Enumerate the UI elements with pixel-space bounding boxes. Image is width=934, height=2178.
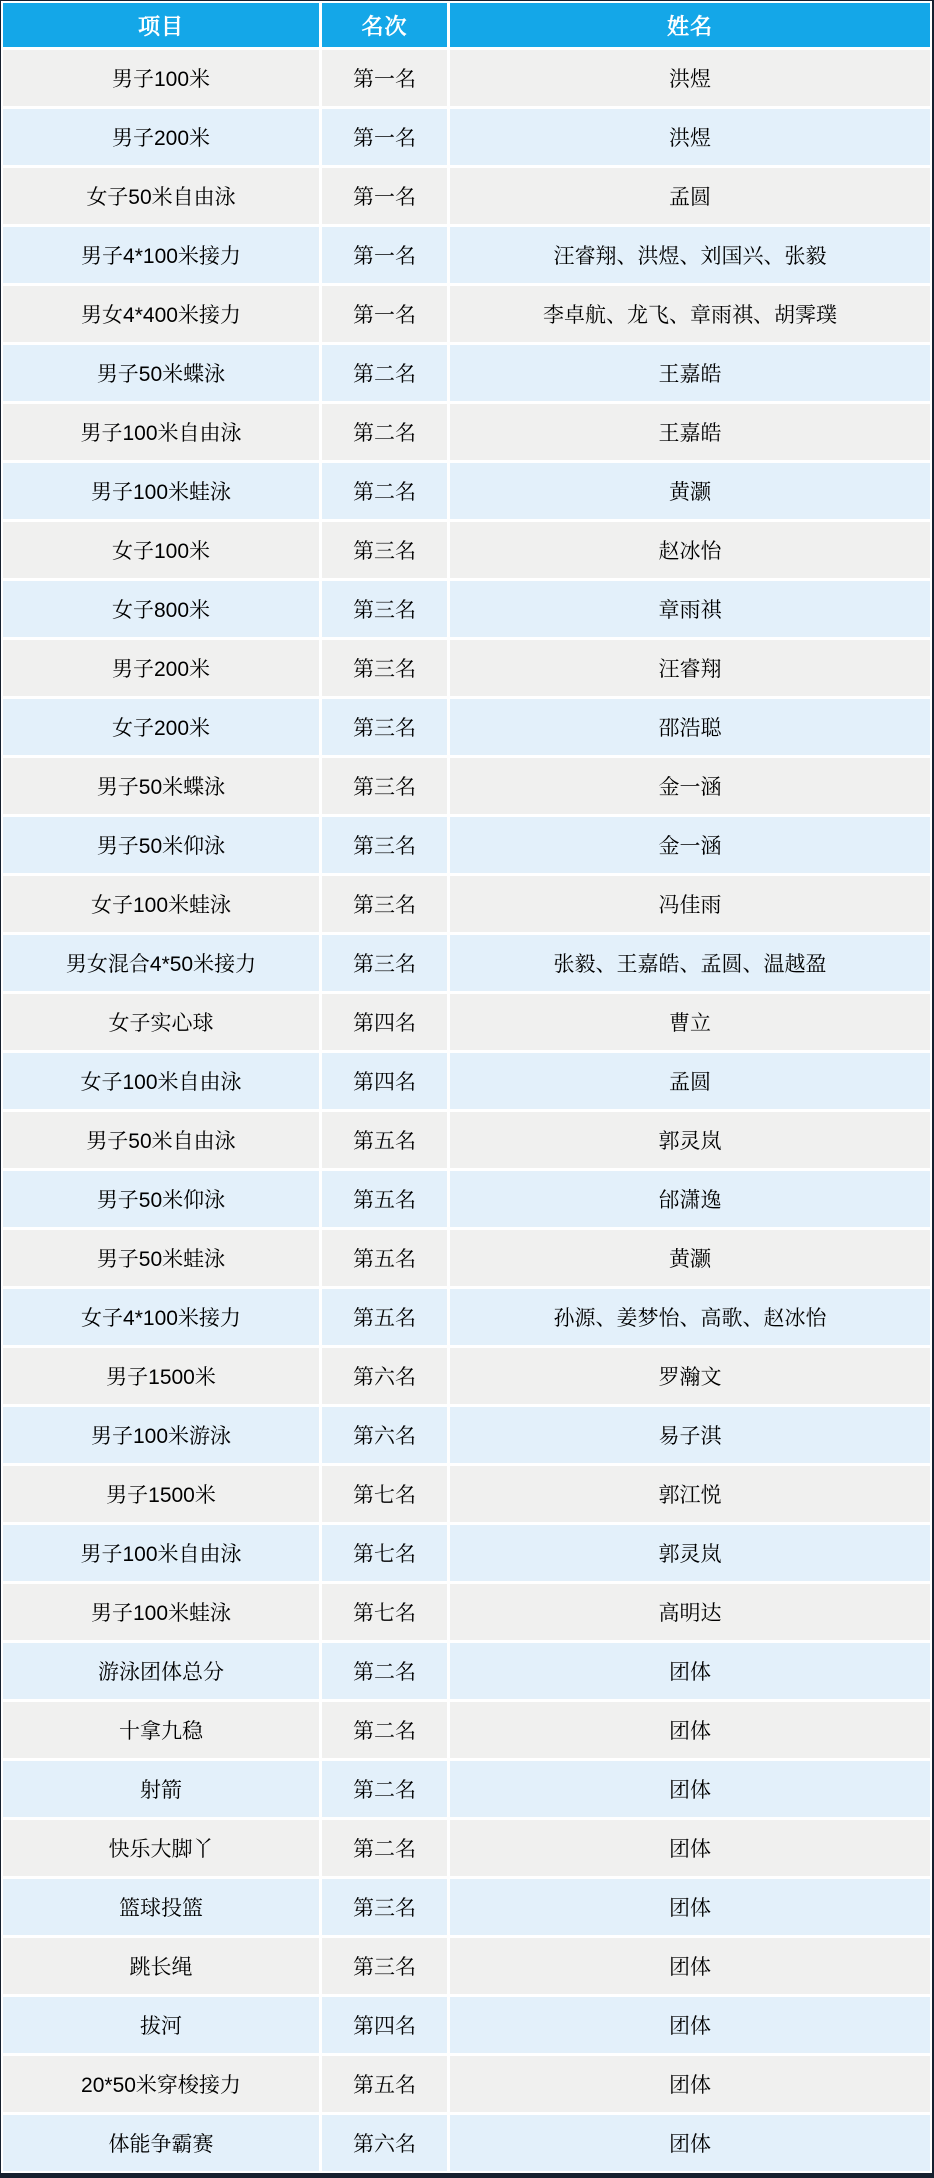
table-row: 跳长绳 第三名 团体 — [3, 1938, 930, 1994]
table-row: 男子200米 第一名 洪煜 — [3, 109, 930, 165]
name-cell: 章雨祺 — [450, 581, 930, 637]
project-cell: 男子1500米 — [3, 1348, 319, 1404]
project-cell: 女子100米蛙泳 — [3, 876, 319, 932]
table-row: 快乐大脚丫 第二名 团体 — [3, 1820, 930, 1876]
name-cell: 罗瀚文 — [450, 1348, 930, 1404]
table-row: 拔河 第四名 团体 — [3, 1997, 930, 2053]
project-cell: 男子50米仰泳 — [3, 1171, 319, 1227]
header-project: 项目 — [3, 3, 319, 47]
project-cell: 女子100米自由泳 — [3, 1053, 319, 1109]
name-cell: 洪煜 — [450, 109, 930, 165]
table-row: 男子100米游泳 第六名 易子淇 — [3, 1407, 930, 1463]
table-row: 男子50米自由泳 第五名 郭灵岚 — [3, 1112, 930, 1168]
table-row: 男子50米蝶泳 第二名 王嘉皓 — [3, 345, 930, 401]
project-cell: 男子1500米 — [3, 1466, 319, 1522]
project-cell: 女子4*100米接力 — [3, 1289, 319, 1345]
project-cell: 男子50米蛙泳 — [3, 1230, 319, 1286]
name-cell: 孟圆 — [450, 1053, 930, 1109]
header-rank: 名次 — [322, 3, 447, 47]
table-row: 男子100米蛙泳 第二名 黄灏 — [3, 463, 930, 519]
table-row: 男子100米自由泳 第二名 王嘉皓 — [3, 404, 930, 460]
project-cell: 男子200米 — [3, 640, 319, 696]
table-row: 女子50米自由泳 第一名 孟圆 — [3, 168, 930, 224]
rank-cell: 第四名 — [322, 1053, 447, 1109]
project-cell: 男子100米游泳 — [3, 1407, 319, 1463]
name-cell: 曹立 — [450, 994, 930, 1050]
project-cell: 男子4*100米接力 — [3, 227, 319, 283]
name-cell: 金一涵 — [450, 817, 930, 873]
rank-cell: 第五名 — [322, 2056, 447, 2112]
table-row: 十拿九稳 第二名 团体 — [3, 1702, 930, 1758]
project-cell: 男子200米 — [3, 109, 319, 165]
project-cell: 十拿九稳 — [3, 1702, 319, 1758]
name-cell: 团体 — [450, 1820, 930, 1876]
table-row: 篮球投篮 第三名 团体 — [3, 1879, 930, 1935]
name-cell: 团体 — [450, 1997, 930, 2053]
table-row: 女子200米 第三名 邵浩聪 — [3, 699, 930, 755]
project-cell: 男子50米仰泳 — [3, 817, 319, 873]
rank-cell: 第四名 — [322, 994, 447, 1050]
project-cell: 男女混合4*50米接力 — [3, 935, 319, 991]
rank-cell: 第一名 — [322, 286, 447, 342]
rank-cell: 第一名 — [322, 50, 447, 106]
project-cell: 男子100米自由泳 — [3, 404, 319, 460]
project-cell: 男子50米自由泳 — [3, 1112, 319, 1168]
project-cell: 快乐大脚丫 — [3, 1820, 319, 1876]
project-cell: 跳长绳 — [3, 1938, 319, 1994]
project-cell: 男子100米自由泳 — [3, 1525, 319, 1581]
name-cell: 金一涵 — [450, 758, 930, 814]
name-cell: 赵冰怡 — [450, 522, 930, 578]
name-cell: 王嘉皓 — [450, 404, 930, 460]
rank-cell: 第三名 — [322, 876, 447, 932]
rank-cell: 第三名 — [322, 581, 447, 637]
rank-cell: 第七名 — [322, 1584, 447, 1640]
table-row: 女子800米 第三名 章雨祺 — [3, 581, 930, 637]
table-row: 20*50米穿梭接力 第五名 团体 — [3, 2056, 930, 2112]
rank-cell: 第三名 — [322, 758, 447, 814]
project-cell: 游泳团体总分 — [3, 1643, 319, 1699]
table-row: 女子100米蛙泳 第三名 冯佳雨 — [3, 876, 930, 932]
rank-cell: 第二名 — [322, 404, 447, 460]
name-cell: 王嘉皓 — [450, 345, 930, 401]
name-cell: 团体 — [450, 1879, 930, 1935]
name-cell: 团体 — [450, 2115, 930, 2171]
name-cell: 邰潇逸 — [450, 1171, 930, 1227]
project-cell: 体能争霸赛 — [3, 2115, 319, 2171]
project-cell: 女子800米 — [3, 581, 319, 637]
name-cell: 郭江悦 — [450, 1466, 930, 1522]
name-cell: 冯佳雨 — [450, 876, 930, 932]
name-cell: 高明达 — [450, 1584, 930, 1640]
name-cell: 黄灏 — [450, 1230, 930, 1286]
name-cell: 汪睿翔、洪煜、刘国兴、张毅 — [450, 227, 930, 283]
project-cell: 20*50米穿梭接力 — [3, 2056, 319, 2112]
project-cell: 女子100米 — [3, 522, 319, 578]
rank-cell: 第六名 — [322, 1407, 447, 1463]
results-table: 项目 名次 姓名 男子100米 第一名 洪煜 男子200米 第一名 洪煜 女子5… — [0, 0, 934, 2178]
table-row: 女子实心球 第四名 曹立 — [3, 994, 930, 1050]
rank-cell: 第二名 — [322, 1643, 447, 1699]
table-row: 男女4*400米接力 第一名 李卓航、龙飞、章雨祺、胡霁璞 — [3, 286, 930, 342]
table-row: 游泳团体总分 第二名 团体 — [3, 1643, 930, 1699]
table-row: 男子100米蛙泳 第七名 高明达 — [3, 1584, 930, 1640]
name-cell: 黄灏 — [450, 463, 930, 519]
rank-cell: 第三名 — [322, 640, 447, 696]
rank-cell: 第二名 — [322, 463, 447, 519]
rank-cell: 第三名 — [322, 935, 447, 991]
header-name: 姓名 — [450, 3, 930, 47]
rank-cell: 第三名 — [322, 522, 447, 578]
name-cell: 郭灵岚 — [450, 1525, 930, 1581]
table-row: 男子4*100米接力 第一名 汪睿翔、洪煜、刘国兴、张毅 — [3, 227, 930, 283]
project-cell: 女子50米自由泳 — [3, 168, 319, 224]
name-cell: 团体 — [450, 1643, 930, 1699]
rank-cell: 第一名 — [322, 168, 447, 224]
rank-cell: 第六名 — [322, 2115, 447, 2171]
rank-cell: 第二名 — [322, 1702, 447, 1758]
name-cell: 团体 — [450, 1702, 930, 1758]
project-cell: 男子100米蛙泳 — [3, 1584, 319, 1640]
rank-cell: 第五名 — [322, 1289, 447, 1345]
rank-cell: 第六名 — [322, 1348, 447, 1404]
name-cell: 郭灵岚 — [450, 1112, 930, 1168]
rank-cell: 第五名 — [322, 1230, 447, 1286]
project-cell: 女子实心球 — [3, 994, 319, 1050]
rank-cell: 第五名 — [322, 1171, 447, 1227]
table-row: 男子1500米 第七名 郭江悦 — [3, 1466, 930, 1522]
rank-cell: 第一名 — [322, 109, 447, 165]
name-cell: 张毅、王嘉皓、孟圆、温越盈 — [450, 935, 930, 991]
name-cell: 汪睿翔 — [450, 640, 930, 696]
table-row: 男子50米仰泳 第三名 金一涵 — [3, 817, 930, 873]
rank-cell: 第四名 — [322, 1997, 447, 2053]
table-row: 男子100米 第一名 洪煜 — [3, 50, 930, 106]
name-cell: 团体 — [450, 1938, 930, 1994]
table-row: 射箭 第二名 团体 — [3, 1761, 930, 1817]
rank-cell: 第二名 — [322, 1820, 447, 1876]
project-cell: 拔河 — [3, 1997, 319, 2053]
table-row: 男女混合4*50米接力 第三名 张毅、王嘉皓、孟圆、温越盈 — [3, 935, 930, 991]
rank-cell: 第一名 — [322, 227, 447, 283]
project-cell: 射箭 — [3, 1761, 319, 1817]
project-cell: 男女4*400米接力 — [3, 286, 319, 342]
project-cell: 男子50米蝶泳 — [3, 345, 319, 401]
table-row: 体能争霸赛 第六名 团体 — [3, 2115, 930, 2171]
project-cell: 篮球投篮 — [3, 1879, 319, 1935]
table-row: 男子50米蛙泳 第五名 黄灏 — [3, 1230, 930, 1286]
project-cell: 男子100米 — [3, 50, 319, 106]
table-row: 女子100米自由泳 第四名 孟圆 — [3, 1053, 930, 1109]
table-row: 男子200米 第三名 汪睿翔 — [3, 640, 930, 696]
rank-cell: 第七名 — [322, 1525, 447, 1581]
table-row: 男子100米自由泳 第七名 郭灵岚 — [3, 1525, 930, 1581]
rank-cell: 第三名 — [322, 699, 447, 755]
project-cell: 女子200米 — [3, 699, 319, 755]
name-cell: 孟圆 — [450, 168, 930, 224]
table-row: 男子50米仰泳 第五名 邰潇逸 — [3, 1171, 930, 1227]
table-row: 男子50米蝶泳 第三名 金一涵 — [3, 758, 930, 814]
project-cell: 男子100米蛙泳 — [3, 463, 319, 519]
rank-cell: 第三名 — [322, 1879, 447, 1935]
rank-cell: 第三名 — [322, 817, 447, 873]
name-cell: 李卓航、龙飞、章雨祺、胡霁璞 — [450, 286, 930, 342]
table-row: 女子100米 第三名 赵冰怡 — [3, 522, 930, 578]
table-body: 男子100米 第一名 洪煜 男子200米 第一名 洪煜 女子50米自由泳 第一名… — [3, 50, 930, 2171]
rank-cell: 第三名 — [322, 1938, 447, 1994]
name-cell: 团体 — [450, 1761, 930, 1817]
table-header-row: 项目 名次 姓名 — [3, 3, 930, 47]
rank-cell: 第七名 — [322, 1466, 447, 1522]
project-cell: 男子50米蝶泳 — [3, 758, 319, 814]
table-row: 男子1500米 第六名 罗瀚文 — [3, 1348, 930, 1404]
table-row: 女子4*100米接力 第五名 孙源、姜梦怡、高歌、赵冰怡 — [3, 1289, 930, 1345]
name-cell: 易子淇 — [450, 1407, 930, 1463]
rank-cell: 第五名 — [322, 1112, 447, 1168]
name-cell: 邵浩聪 — [450, 699, 930, 755]
name-cell: 团体 — [450, 2056, 930, 2112]
rank-cell: 第二名 — [322, 345, 447, 401]
rank-cell: 第二名 — [322, 1761, 447, 1817]
name-cell: 孙源、姜梦怡、高歌、赵冰怡 — [450, 1289, 930, 1345]
name-cell: 洪煜 — [450, 50, 930, 106]
